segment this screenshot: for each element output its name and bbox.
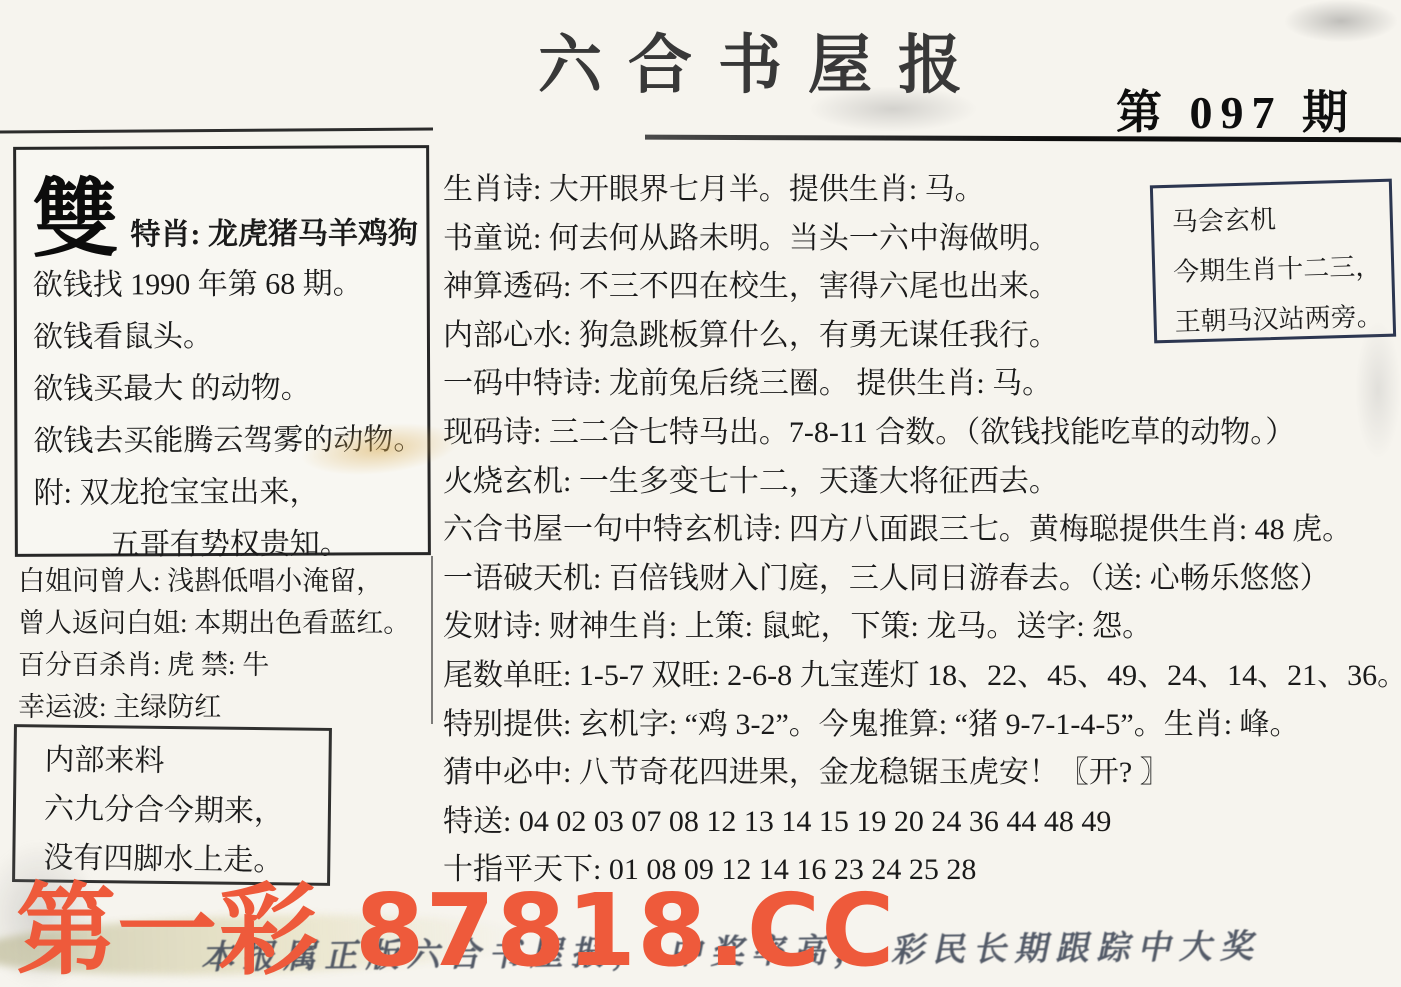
note-line: 幸运波: 主绿防红 — [18, 686, 410, 728]
tip-line: 书童说: 何去何从路未明。当头一六中海做明。 — [443, 215, 1401, 264]
tip-line: 一码中特诗: 龙前兔后绕三圈。 提供生肖: 马。 — [443, 360, 1401, 409]
tip-line: 六合书屋一句中特玄机诗: 四方八面跟三七。黄梅聪提供生肖: 48 虎。 — [443, 506, 1401, 555]
note-line: 百分百杀肖: 虎 禁: 牛 — [18, 644, 410, 686]
tip-line: 内部心水: 狗急跳板算什么，有勇无谋任我行。 — [443, 312, 1401, 361]
special-line: 附: 双龙抢宝宝出来， — [34, 466, 424, 520]
paper-stain — [1285, 0, 1397, 42]
tip-line: 火烧玄机: 一生多变七十二，天蓬大将征西去。 — [443, 458, 1401, 507]
tip-line: 生肖诗: 大开眼界七月半。提供生肖: 马。 — [443, 166, 1401, 215]
tip-line: 神算透码: 不三不四在校生，害得六尾也出来。 — [443, 263, 1401, 312]
double-character: 雙 — [32, 179, 118, 259]
note-line: 白姐问曾人: 浅斟低唱小淹留， — [18, 560, 410, 602]
tip-line: 发财诗: 财神生肖: 上策: 鼠蛇，下策: 龙马。送字: 怨。 — [443, 603, 1401, 652]
special-line: 欲钱去买能腾云驾雾的动物。 — [33, 414, 423, 468]
tip-line: 特别提供: 玄机字: “鸡 3-2”。今鬼推算: “猪 9-7-1-4-5”。生… — [443, 701, 1401, 750]
tip-line: 猜中必中: 八节奇花四进果，金龙稳锯玉虎安！〖开? 〗 — [443, 749, 1401, 798]
tip-line: 尾数单旺: 1-5-7 双旺: 2-6-8 九宝莲灯 18、22、45、49、2… — [443, 652, 1401, 701]
issue-number: 第 097 期 — [1116, 76, 1356, 142]
tip-line: 现码诗: 三二合七特马出。7-8-11 合数。（欲钱找能吃草的动物。） — [443, 409, 1401, 458]
inner-box-line: 内部来料 — [44, 735, 329, 787]
note-line: 曾人返问白姐: 本期出色看蓝红。 — [18, 602, 410, 644]
special-tip-box: 雙 特肖: 龙虎猪马羊鸡狗 欲钱找 1990 年第 68 期。 欲钱看鼠头。 欲… — [13, 145, 431, 557]
site-watermark: 第一彩 87818.CC — [16, 850, 895, 987]
special-line: 欲钱找 1990 年第 68 期。 — [33, 258, 423, 312]
special-box-headline: 雙 特肖: 龙虎猪马羊鸡狗 — [32, 162, 422, 260]
special-zodiac-line: 特肖: 龙虎猪马羊鸡狗 — [118, 208, 418, 259]
page-title: 六合书屋报 — [538, 14, 988, 106]
main-tip-column: 生肖诗: 大开眼界七月半。提供生肖: 马。 书童说: 何去何从路未明。当头一六中… — [443, 166, 1401, 895]
left-top-rule — [0, 127, 433, 133]
tip-line: 特送: 04 02 03 07 08 12 13 14 15 19 20 24 … — [443, 798, 1401, 847]
column-divider — [431, 556, 433, 724]
left-notes-section: 白姐问曾人: 浅斟低唱小淹留， 曾人返问白姐: 本期出色看蓝红。 百分百杀肖: … — [18, 560, 410, 728]
special-line: 欲钱买最大 的动物。 — [33, 362, 423, 416]
tip-line: 一语破天机: 百倍钱财入门庭，三人同日游春去。（送: 心畅乐悠悠） — [443, 555, 1401, 604]
special-line: 欲钱看鼠头。 — [33, 310, 423, 364]
inner-box-line: 六九分合今期来， — [44, 784, 329, 836]
